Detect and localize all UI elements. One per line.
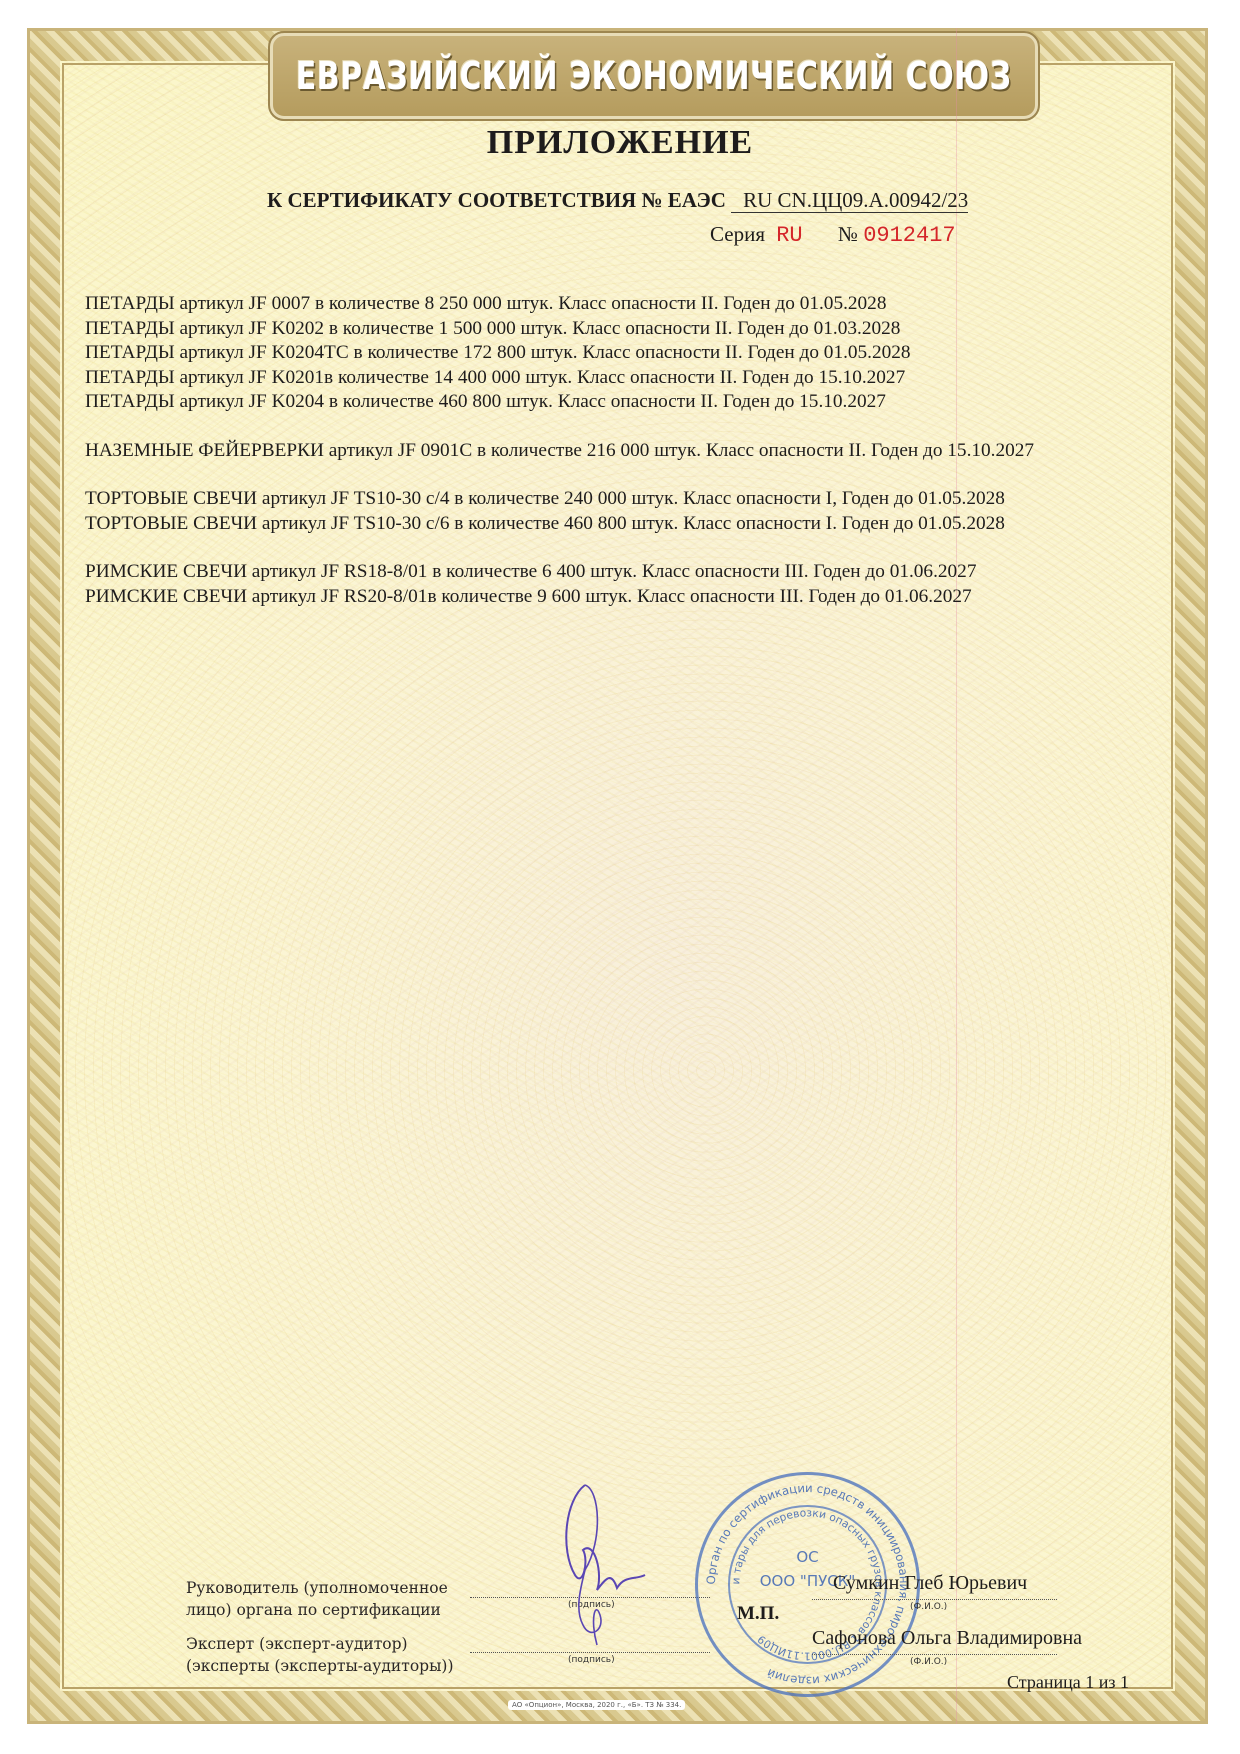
group-petards: ПЕТАРДЫ артикул JF 0007 в количестве 8 2… <box>85 292 1175 415</box>
list-item: ТОРТОВЫЕ СВЕЧИ артикул JF TS10-30 c/4 в … <box>85 487 1175 512</box>
seal-placeholder-label: М.П. <box>737 1603 779 1625</box>
list-item: НАЗЕМНЫЕ ФЕЙЕРВЕРКИ артикул JF 0901C в к… <box>85 439 1175 464</box>
page-title: ПРИЛОЖЕНИЕ <box>0 124 1240 162</box>
expert-name: Сафонова Ольга Владимировна <box>812 1627 1082 1650</box>
union-banner: ЕВРАЗИЙСКИЙ ЭКОНОМИЧЕСКИЙ СОЮЗ <box>270 33 1038 119</box>
expert-name-line <box>812 1654 1057 1655</box>
series-number: Серия RU № 0912417 <box>710 222 956 248</box>
expert-name-caption: (Ф.И.О.) <box>910 1657 947 1667</box>
page-number: Страница 1 из 1 <box>1007 1672 1129 1693</box>
head-label-line-1: Руководитель (уполномоченное <box>186 1577 448 1599</box>
expert-label-line-2: (эксперты (эксперты-аудиторы)) <box>186 1655 454 1677</box>
expert-signature-line <box>470 1652 710 1653</box>
list-item: ПЕТАРДЫ артикул JF K0204 в количестве 46… <box>85 390 1175 415</box>
head-label-line-2: лицо) органа по сертификации <box>186 1599 448 1621</box>
group-roman-candles: РИМСКИЕ СВЕЧИ артикул JF RS18-8/01 в кол… <box>85 560 1175 609</box>
head-name: Сумкин Глеб Юрьевич <box>833 1572 1027 1595</box>
head-label: Руководитель (уполномоченное лицо) орган… <box>186 1577 448 1621</box>
seal-center-line-1: ОС <box>698 1545 917 1569</box>
group-cake-candles: ТОРТОВЫЕ СВЕЧИ артикул JF TS10-30 c/4 в … <box>85 487 1175 536</box>
list-item: РИМСКИЕ СВЕЧИ артикул JF RS18-8/01 в кол… <box>85 560 1175 585</box>
product-list: ПЕТАРДЫ артикул JF 0007 в количестве 8 2… <box>85 292 1175 633</box>
expert-label-line-1: Эксперт (эксперт-аудитор) <box>186 1633 454 1655</box>
handwritten-signature <box>545 1480 655 1650</box>
series-value: RU <box>776 223 802 248</box>
number-label: № <box>838 222 858 246</box>
union-banner-text: ЕВРАЗИЙСКИЙ ЭКОНОМИЧЕСКИЙ СОЮЗ <box>296 54 1012 98</box>
cert-number: RU CN.ЦЦ09.А.00942/23 <box>731 188 968 213</box>
list-item: ТОРТОВЫЕ СВЕЧИ артикул JF TS10-30 c/6 в … <box>85 512 1175 537</box>
certificate-sheet: ЕВРАЗИЙСКИЙ ЭКОНОМИЧЕСКИЙ СОЮЗ <box>27 28 1208 1724</box>
expert-label: Эксперт (эксперт-аудитор) (эксперты (экс… <box>186 1633 454 1677</box>
cert-prefix: К СЕРТИФИКАТУ СООТВЕТСТВИЯ № ЕАЭС <box>267 188 726 212</box>
list-item: ПЕТАРДЫ артикул JF K0201в количестве 14 … <box>85 366 1175 391</box>
series-label: Серия <box>710 222 765 246</box>
printer-imprint: АО «Опцион», Москва, 2020 г., «Б». ТЗ № … <box>508 1700 685 1710</box>
head-name-caption: (Ф.И.О.) <box>910 1602 947 1612</box>
list-item: РИМСКИЕ СВЕЧИ артикул JF RS20-8/01в коли… <box>85 585 1175 610</box>
group-ground-fireworks: НАЗЕМНЫЕ ФЕЙЕРВЕРКИ артикул JF 0901C в к… <box>85 439 1175 464</box>
expert-signature-caption: (подпись) <box>568 1655 615 1665</box>
security-fiber-line <box>956 28 957 1724</box>
list-item: ПЕТАРДЫ артикул JF K0204TC в количестве … <box>85 341 1175 366</box>
list-item: ПЕТАРДЫ артикул JF 0007 в количестве 8 2… <box>85 292 1175 317</box>
number-value: 0912417 <box>863 223 955 248</box>
certificate-reference: К СЕРТИФИКАТУ СООТВЕТСТВИЯ № ЕАЭС RU CN.… <box>267 188 968 213</box>
list-item: ПЕТАРДЫ артикул JF K0202 в количестве 1 … <box>85 317 1175 342</box>
head-name-line <box>812 1599 1057 1600</box>
